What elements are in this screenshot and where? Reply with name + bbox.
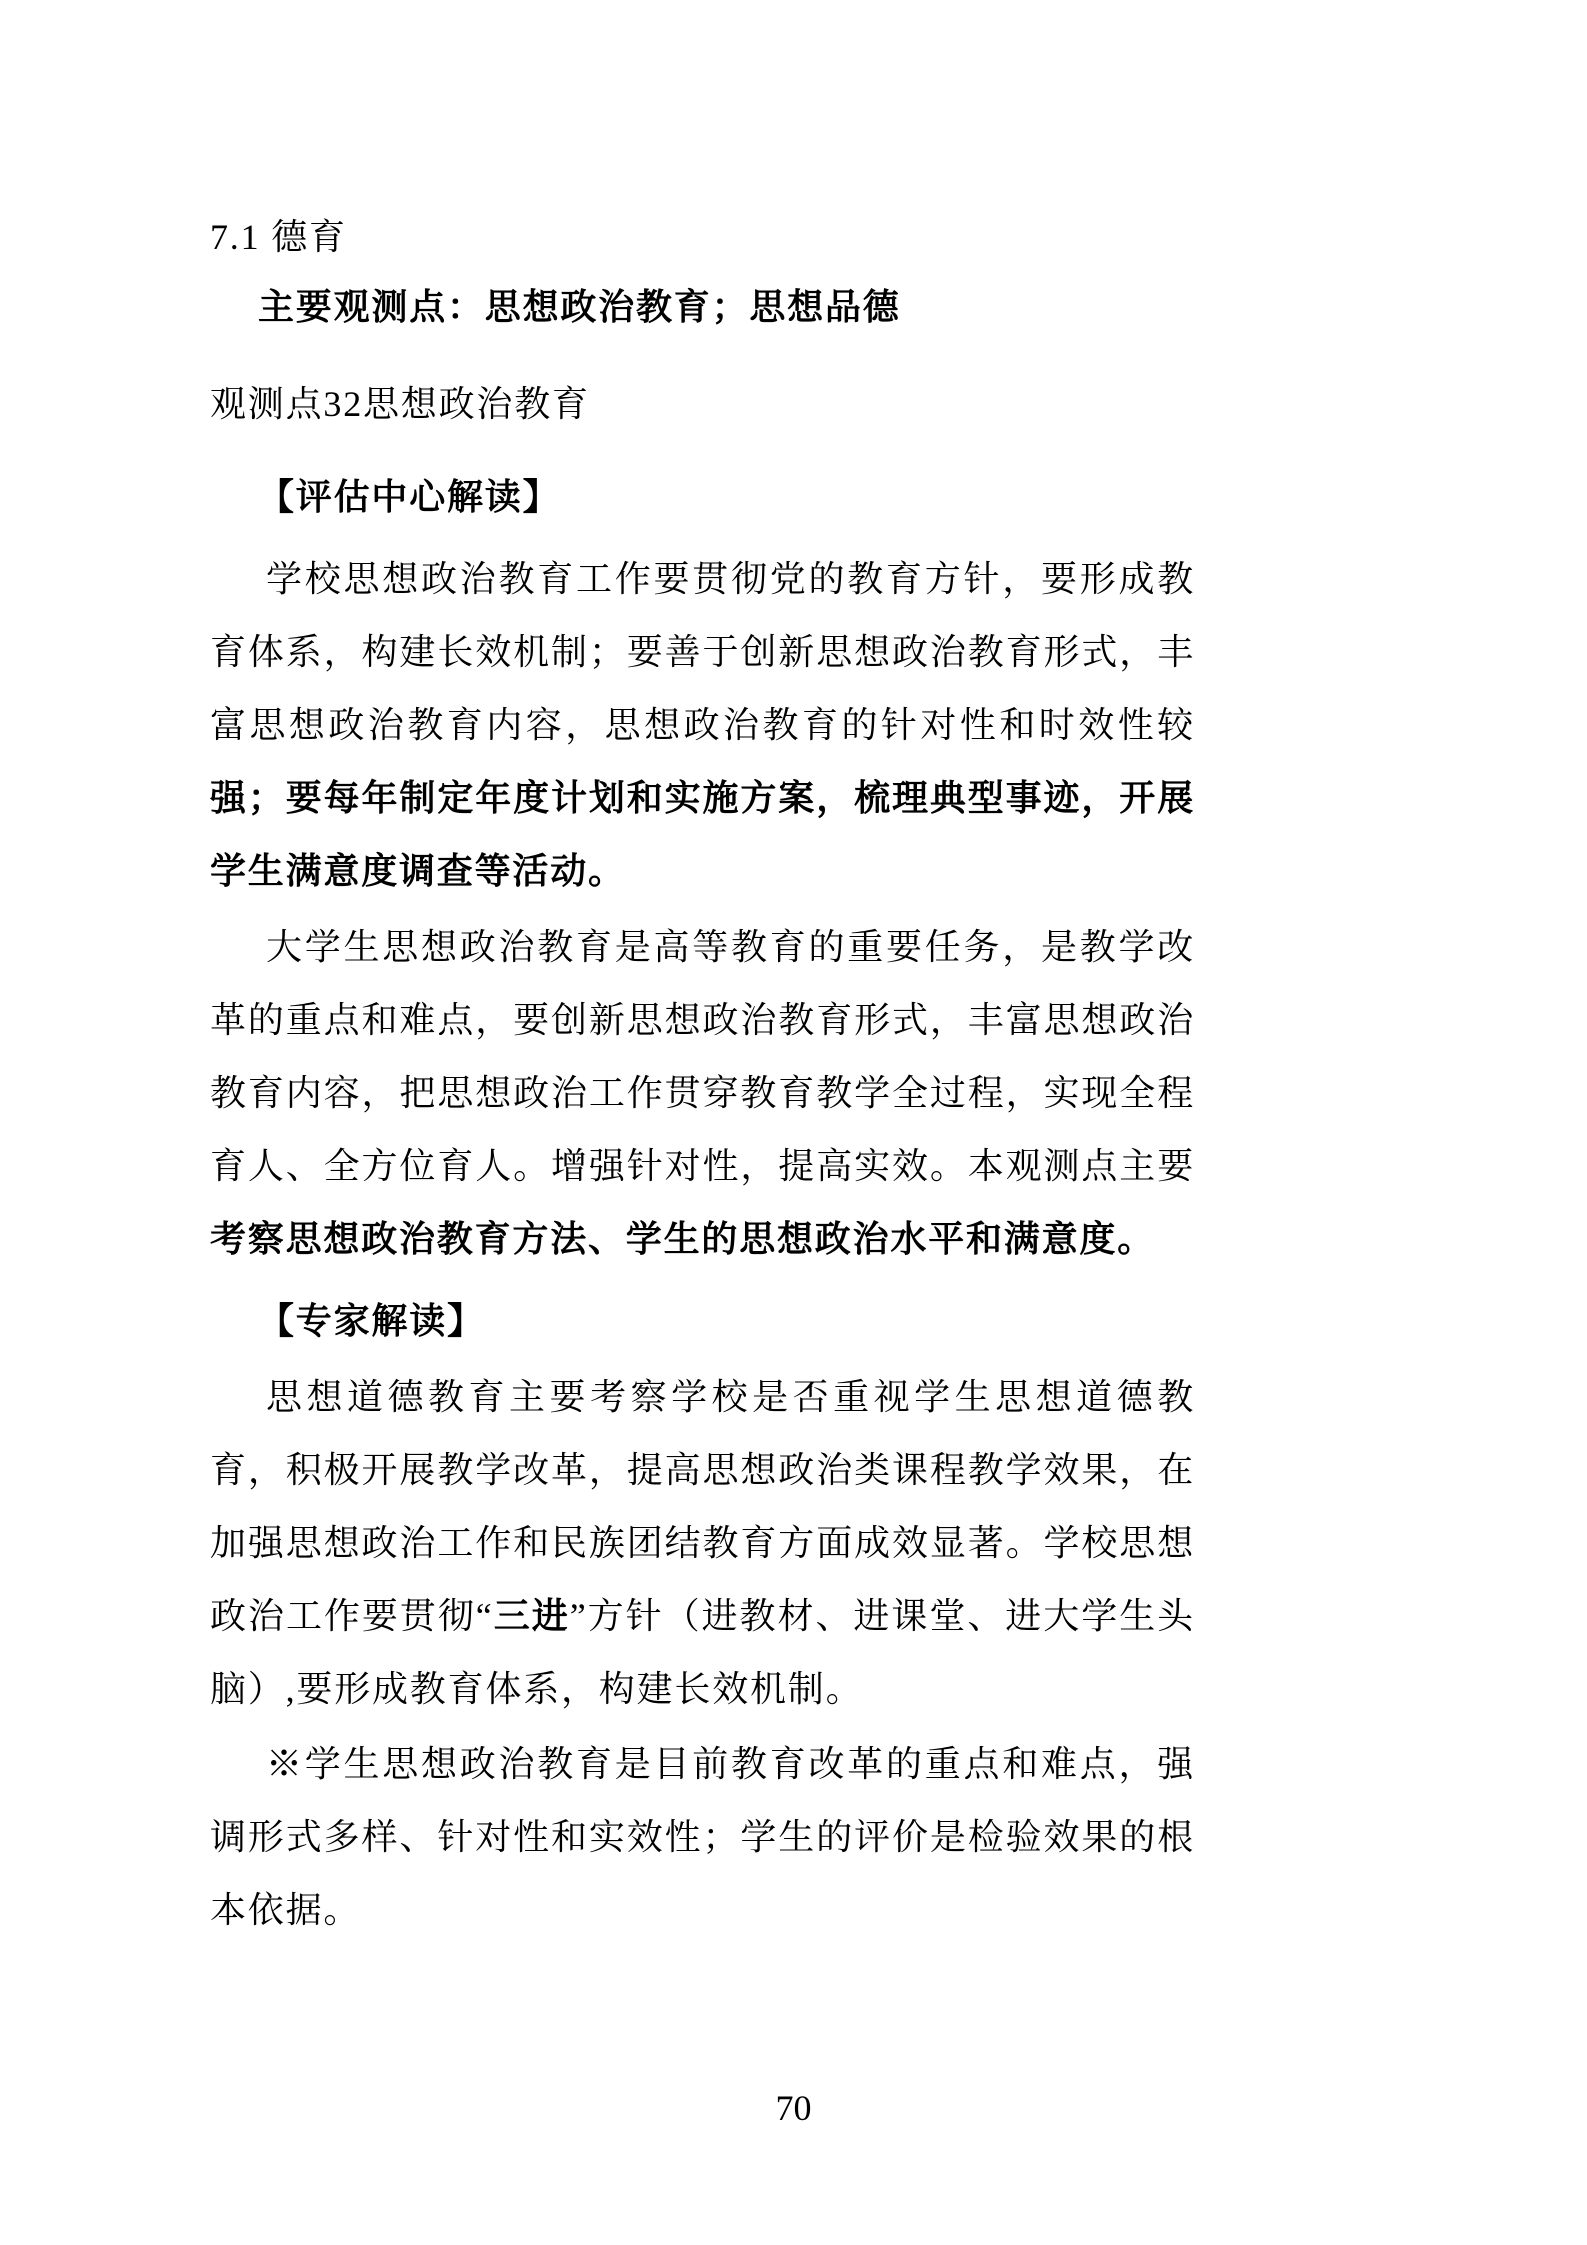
center-paragraph-2-bold-text: 考察思想政治教育方法、学生的思想政治水平和满意度。	[210, 1219, 1155, 1259]
document-page: 7.1 德育 主要观测点：思想政治教育；思想品德 观测点32思想政治教育 【评估…	[0, 0, 1587, 2245]
key-observation-points-line: 主要观测点：思想政治教育；思想品德	[210, 271, 1195, 344]
center-reading-paragraph-1: 学校思想政治教育工作要贯彻党的教育方针，要形成教育体系，构建长效机制；要善于创新…	[210, 543, 1195, 908]
center-reading-paragraph-2: 大学生思想政治教育是高等教育的重要任务，是教学改革的重点和难点，要创新思想政治教…	[210, 911, 1195, 1276]
expert-reading-paragraph: 思想道德教育主要考察学校是否重视学生思想道德教育，积极开展教学改革，提高思想政治…	[210, 1361, 1195, 1726]
section-heading: 7.1 德育	[210, 201, 1195, 274]
expert-note-paragraph: ※学生思想政治教育是目前教育改革的重点和难点，强调形式多样、针对性和实效性；学生…	[210, 1728, 1195, 1947]
center-paragraph-1-regular-text: 学校思想政治教育工作要贯彻党的教育方针，要形成教育体系，构建长效机制；要善于创新…	[210, 559, 1195, 745]
expert-reading-label: 【专家解读】	[210, 1285, 1195, 1358]
page-number: 70	[0, 2085, 1587, 2131]
center-paragraph-1-bold-text: 强；要每年制定年度计划和实施方案，梳理典型事迹，开展学生满意度调查等活动。	[210, 778, 1195, 891]
center-reading-label: 【评估中心解读】	[210, 461, 1195, 534]
expert-paragraph-bold-text: 三进	[494, 1596, 570, 1636]
observation-point-heading: 观测点32思想政治教育	[210, 368, 1195, 441]
center-paragraph-2-regular-text: 大学生思想政治教育是高等教育的重要任务，是教学改革的重点和难点，要创新思想政治教…	[210, 927, 1195, 1186]
